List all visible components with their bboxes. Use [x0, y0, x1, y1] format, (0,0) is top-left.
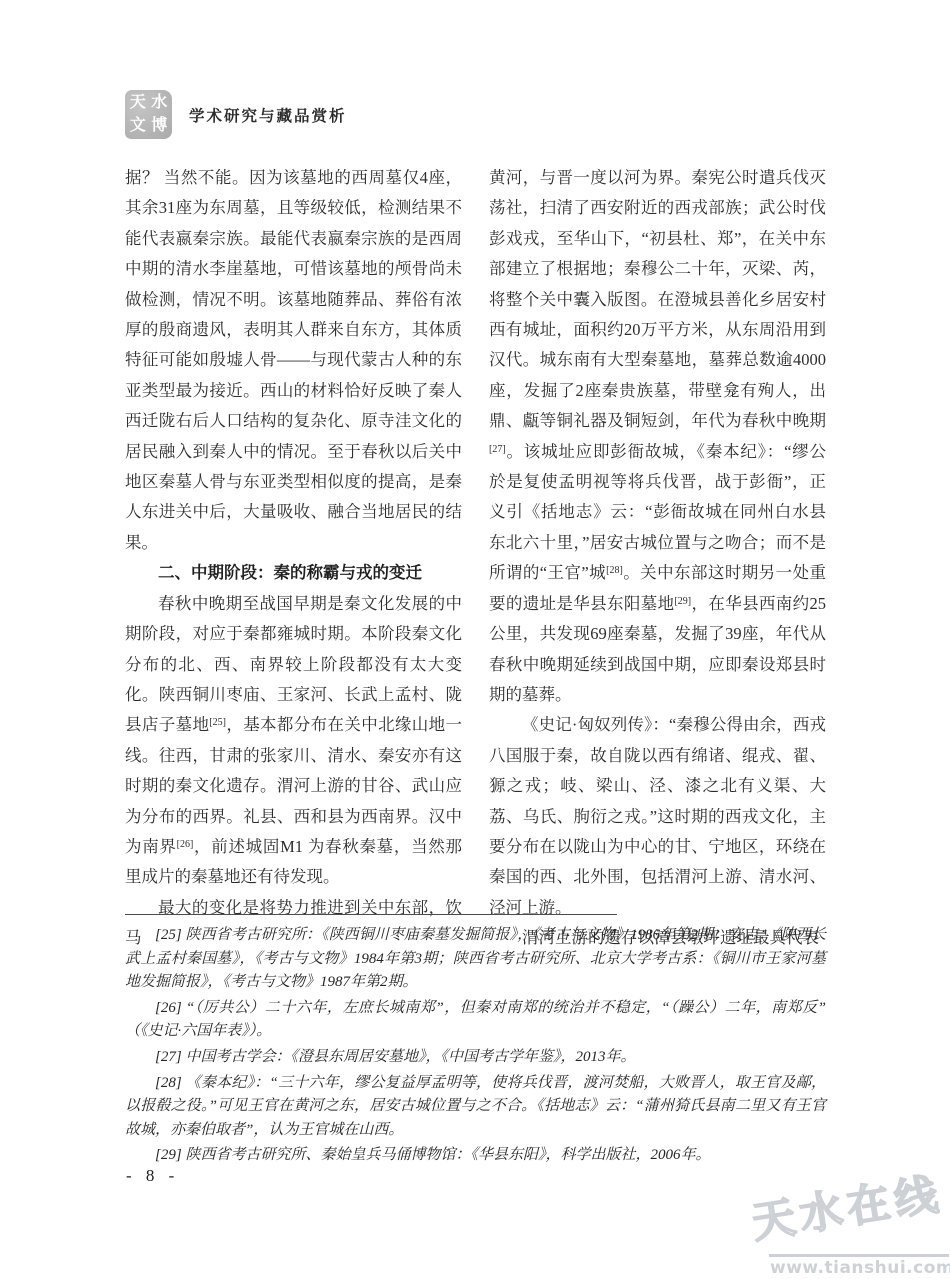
watermark-divider	[769, 1254, 949, 1257]
footnote-label: [27]	[155, 1049, 182, 1065]
seal-char: 博	[151, 118, 167, 134]
paragraph-text: ，基本都分布在关中北缘山地一线。往西，甘肃的张家川、清水、秦安亦有这时期的秦文化…	[125, 715, 462, 856]
paragraph: 《史记·匈奴列传》：“秦穆公得由余，西戎八国服于秦，故自陇以西有绵诸、绲戎、翟、…	[489, 710, 826, 923]
footnote-separator	[125, 914, 617, 915]
footnote-ref-29: [29]	[674, 596, 691, 607]
left-column: 据？ 当然不能。因为该墓地的西周墓仅4座，其余31座为东周墓，且等级较低，检测结…	[125, 163, 462, 954]
paragraph-continuation: 黄河，与晋一度以河为界。秦宪公时遣兵伐灭荡社，扫清了西安附近的西戎部族；武公时伐…	[489, 163, 826, 710]
right-column: 黄河，与晋一度以河为界。秦宪公时遣兵伐灭荡社，扫清了西安附近的西戎部族；武公时伐…	[489, 163, 826, 954]
page-header: 天 水 文 博 学术研究与藏品赏析	[125, 90, 347, 139]
journal-page: 天 水 文 博 学术研究与藏品赏析 据？ 当然不能。因为该墓地的西周墓仅4座，其…	[0, 0, 950, 1279]
watermark-logo-text: 天水在线	[747, 1158, 950, 1251]
footnote-ref-28: [28]	[606, 565, 623, 576]
footnote-ref-26: [26]	[177, 839, 194, 850]
paragraph-continuation: 据？ 当然不能。因为该墓地的西周墓仅4座，其余31座为东周墓，且等级较低，检测结…	[125, 163, 462, 558]
paragraph-text: 。该城址应即彭衙故城，《秦本纪》：“缪公於是复使孟明视等将兵伐晋，战于彭衙”，正…	[489, 442, 826, 583]
footnote-item: [28] 《秦本纪》：“三十六年，缪公复益厚孟明等，使将兵伐晋，渡河焚船，大败晋…	[125, 1072, 826, 1143]
watermark-url: www.tianshui.com.cn	[770, 1258, 950, 1278]
body-columns: 据？ 当然不能。因为该墓地的西周墓仅4座，其余31座为东周墓，且等级较低，检测结…	[125, 163, 826, 954]
seal-char: 天	[130, 95, 146, 111]
footnote-item: [29] 陕西省考古研究所、秦始皇兵马俑博物馆：《华县东阳》，科学出版社，200…	[125, 1144, 826, 1168]
footnote-text: “（厉共公）二十六年，左庶长城南郑”，但秦对南郑的统治并不稳定，“（躁公）二年，…	[125, 1000, 826, 1040]
paragraph-text: 据？ 当然不能。因为该墓地的西周墓仅4座，其余31座为东周墓，且等级较低，检测结…	[125, 168, 462, 552]
footnote-text: 中国考古学会：《澄县东周居安墓地》，《中国考古学年鉴》，2013年。	[182, 1049, 636, 1065]
footnote-item: [25] 陕西省考古研究所：《陕西铜川枣庙秦墓发掘简报》，《考古与文物》1986…	[125, 924, 826, 995]
footnote-ref-27: [27]	[489, 444, 506, 455]
footnotes-section: [25] 陕西省考古研究所：《陕西铜川枣庙秦墓发掘简报》，《考古与文物》1986…	[125, 924, 826, 1170]
page-number: - 8 -	[126, 1166, 179, 1186]
footnote-label: [29]	[155, 1147, 182, 1163]
footnote-text: 陕西省考古研究所、秦始皇兵马俑博物馆：《华县东阳》，科学出版社，2006年。	[182, 1147, 711, 1163]
footnote-text: 《秦本纪》：“三十六年，缪公复益厚孟明等，使将兵伐晋，渡河焚船，大败晋人，取王官…	[125, 1075, 826, 1138]
footnote-text: 陕西省考古研究所：《陕西铜川枣庙秦墓发掘简报》，《考古与文物》1986年第2期；…	[125, 927, 826, 990]
footnote-label: [28]	[155, 1075, 182, 1091]
paragraph-text: 《史记·匈奴列传》：“秦穆公得由余，西戎八国服于秦，故自陇以西有绵诸、绲戎、翟、…	[489, 715, 826, 916]
paragraph-text: 春秋中晚期至战国早期是秦文化发展的中期阶段，对应于秦都雍城时期。本阶段秦文化分布…	[125, 594, 462, 735]
section-title: 学术研究与藏品赏析	[189, 104, 347, 126]
footnote-label: [26]	[155, 1000, 182, 1016]
seal-char: 水	[151, 95, 167, 111]
footnote-label: [25]	[155, 927, 182, 943]
paragraph-text: 黄河，与晋一度以河为界。秦宪公时遣兵伐灭荡社，扫清了西安附近的西戎部族；武公时伐…	[489, 168, 826, 430]
footnote-item: [27] 中国考古学会：《澄县东周居安墓地》，《中国考古学年鉴》，2013年。	[125, 1046, 826, 1070]
seal-char: 文	[130, 118, 146, 134]
footnote-ref-25: [25]	[209, 717, 226, 728]
footnote-item: [26] “（厉共公）二十六年，左庶长城南郑”，但秦对南郑的统治并不稳定，“（躁…	[125, 997, 826, 1044]
tianshui-wenbo-seal-icon: 天 水 文 博	[125, 90, 172, 139]
section-heading: 二、中期阶段：秦的称霸与戎的变迁	[125, 558, 462, 588]
paragraph: 春秋中晚期至战国早期是秦文化发展的中期阶段，对应于秦都雍城时期。本阶段秦文化分布…	[125, 589, 462, 893]
